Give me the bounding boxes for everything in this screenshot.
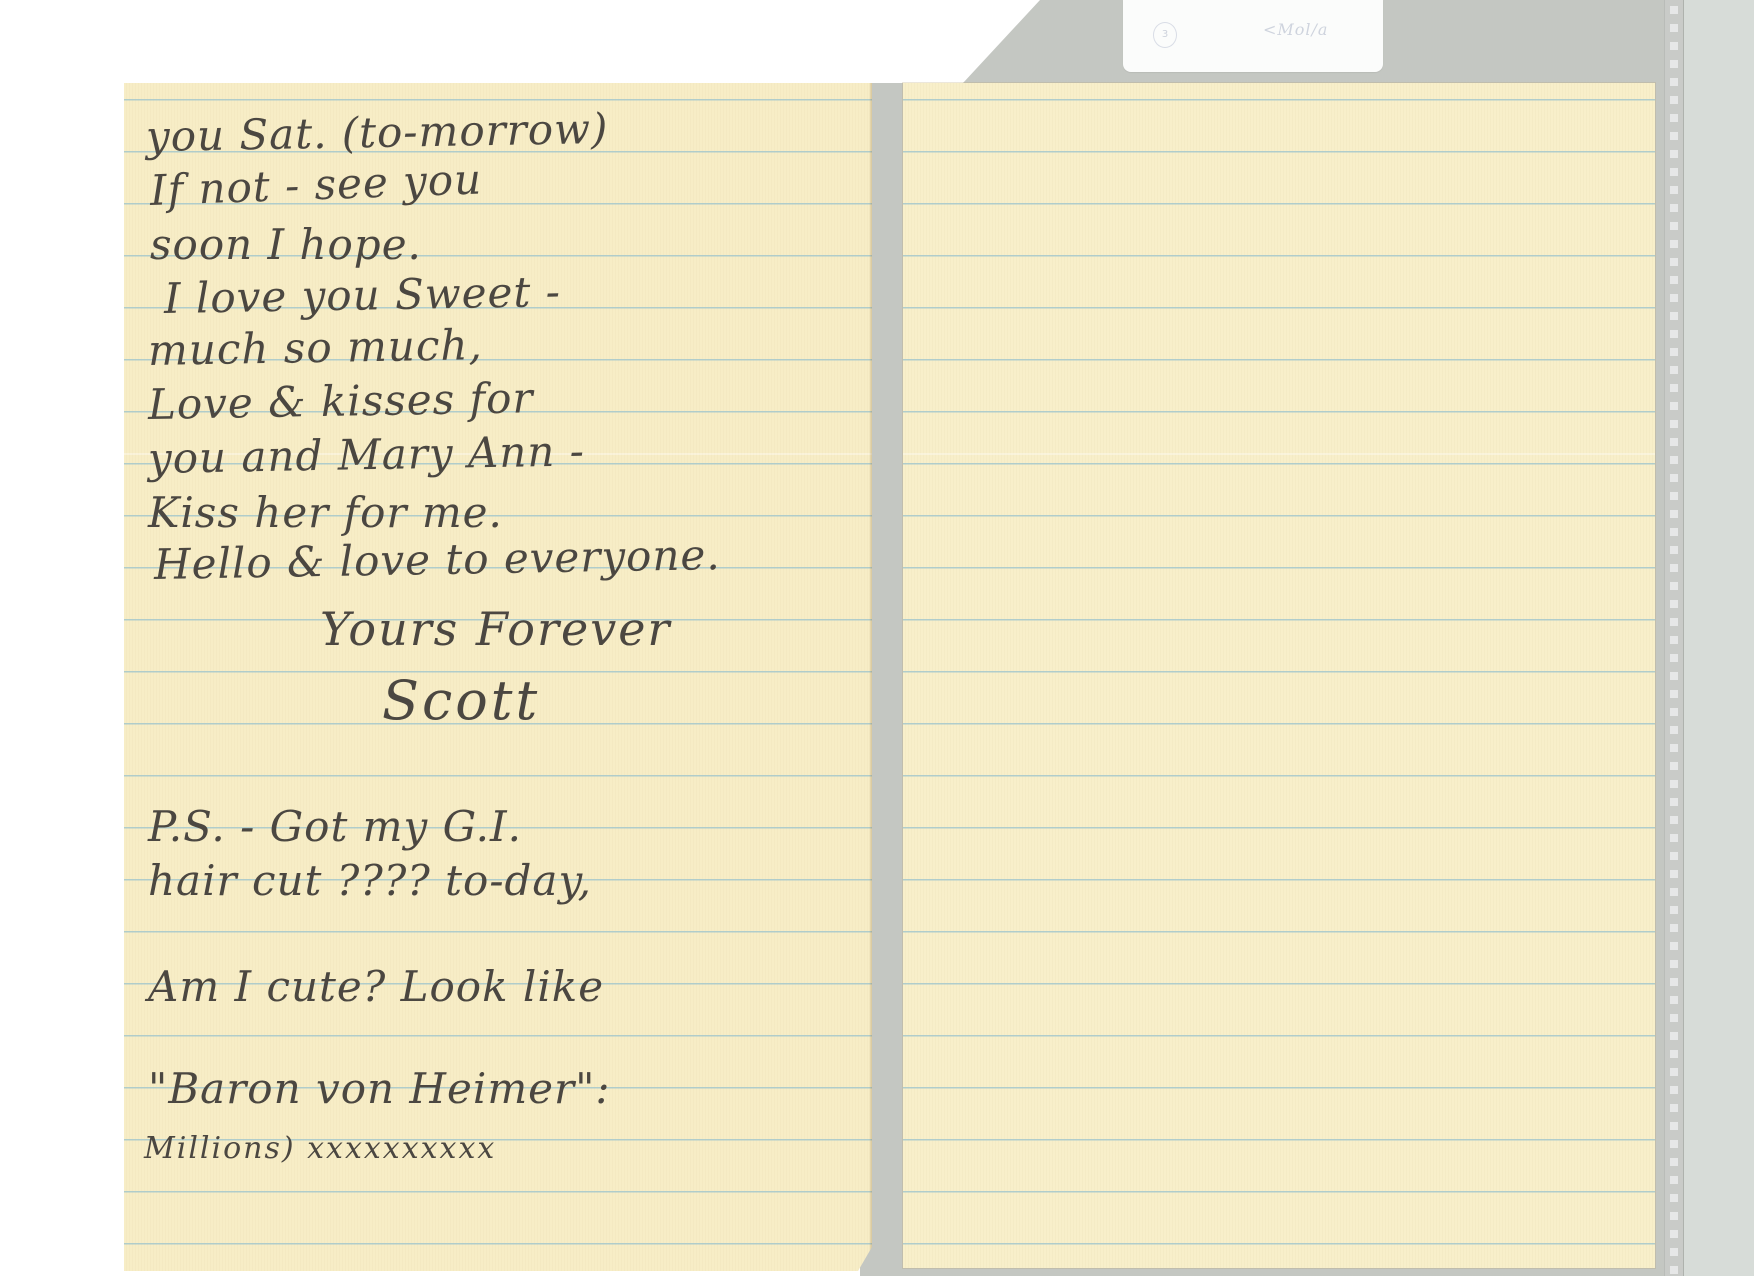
letter-page-right-blank — [903, 83, 1655, 1268]
label-circle-mark: 3 — [1153, 22, 1177, 48]
paper-fold — [903, 453, 1655, 455]
label-tab: 3 <Mol/a — [1123, 0, 1383, 72]
sleeve-perforated-edge — [1664, 0, 1685, 1276]
postscript-line-1: P.S. - Got my G.I. — [148, 801, 522, 853]
label-note: <Mol/a — [1263, 20, 1328, 39]
postscript-line-5: Millions) xxxxxxxxxx — [144, 1123, 496, 1175]
letter-line-3: soon I hope. — [150, 219, 422, 271]
letter-closing: Yours Forever — [320, 603, 671, 655]
letter-line-5: much so much, — [148, 319, 484, 377]
letter-signature: Scott — [382, 675, 540, 727]
letter-line-6: Love & kisses for — [148, 372, 534, 431]
letter-line-9: Hello & love to everyone. — [154, 529, 722, 591]
letter-line-1: you Sat. (to-morrow) — [146, 103, 609, 163]
postscript-line-2: hair cut ???? to-day, — [148, 855, 592, 907]
letter-page-left: you Sat. (to-morrow) If not - see you so… — [124, 83, 872, 1271]
letter-line-8: Kiss her for me. — [148, 487, 503, 539]
scanned-letter: 3 <Mol/a you Sat. (to-morrow) If not - s… — [0, 0, 1754, 1276]
sleeve-outer-edge — [1684, 0, 1754, 1276]
postscript-line-3: Am I cute? Look like — [148, 961, 604, 1013]
letter-line-4: I love you Sweet - — [164, 266, 562, 325]
letter-line-2: If not - see you — [149, 153, 483, 217]
postscript-line-4: "Baron von Heimer": — [148, 1063, 611, 1115]
letter-line-7: you and Mary Ann - — [148, 425, 586, 485]
